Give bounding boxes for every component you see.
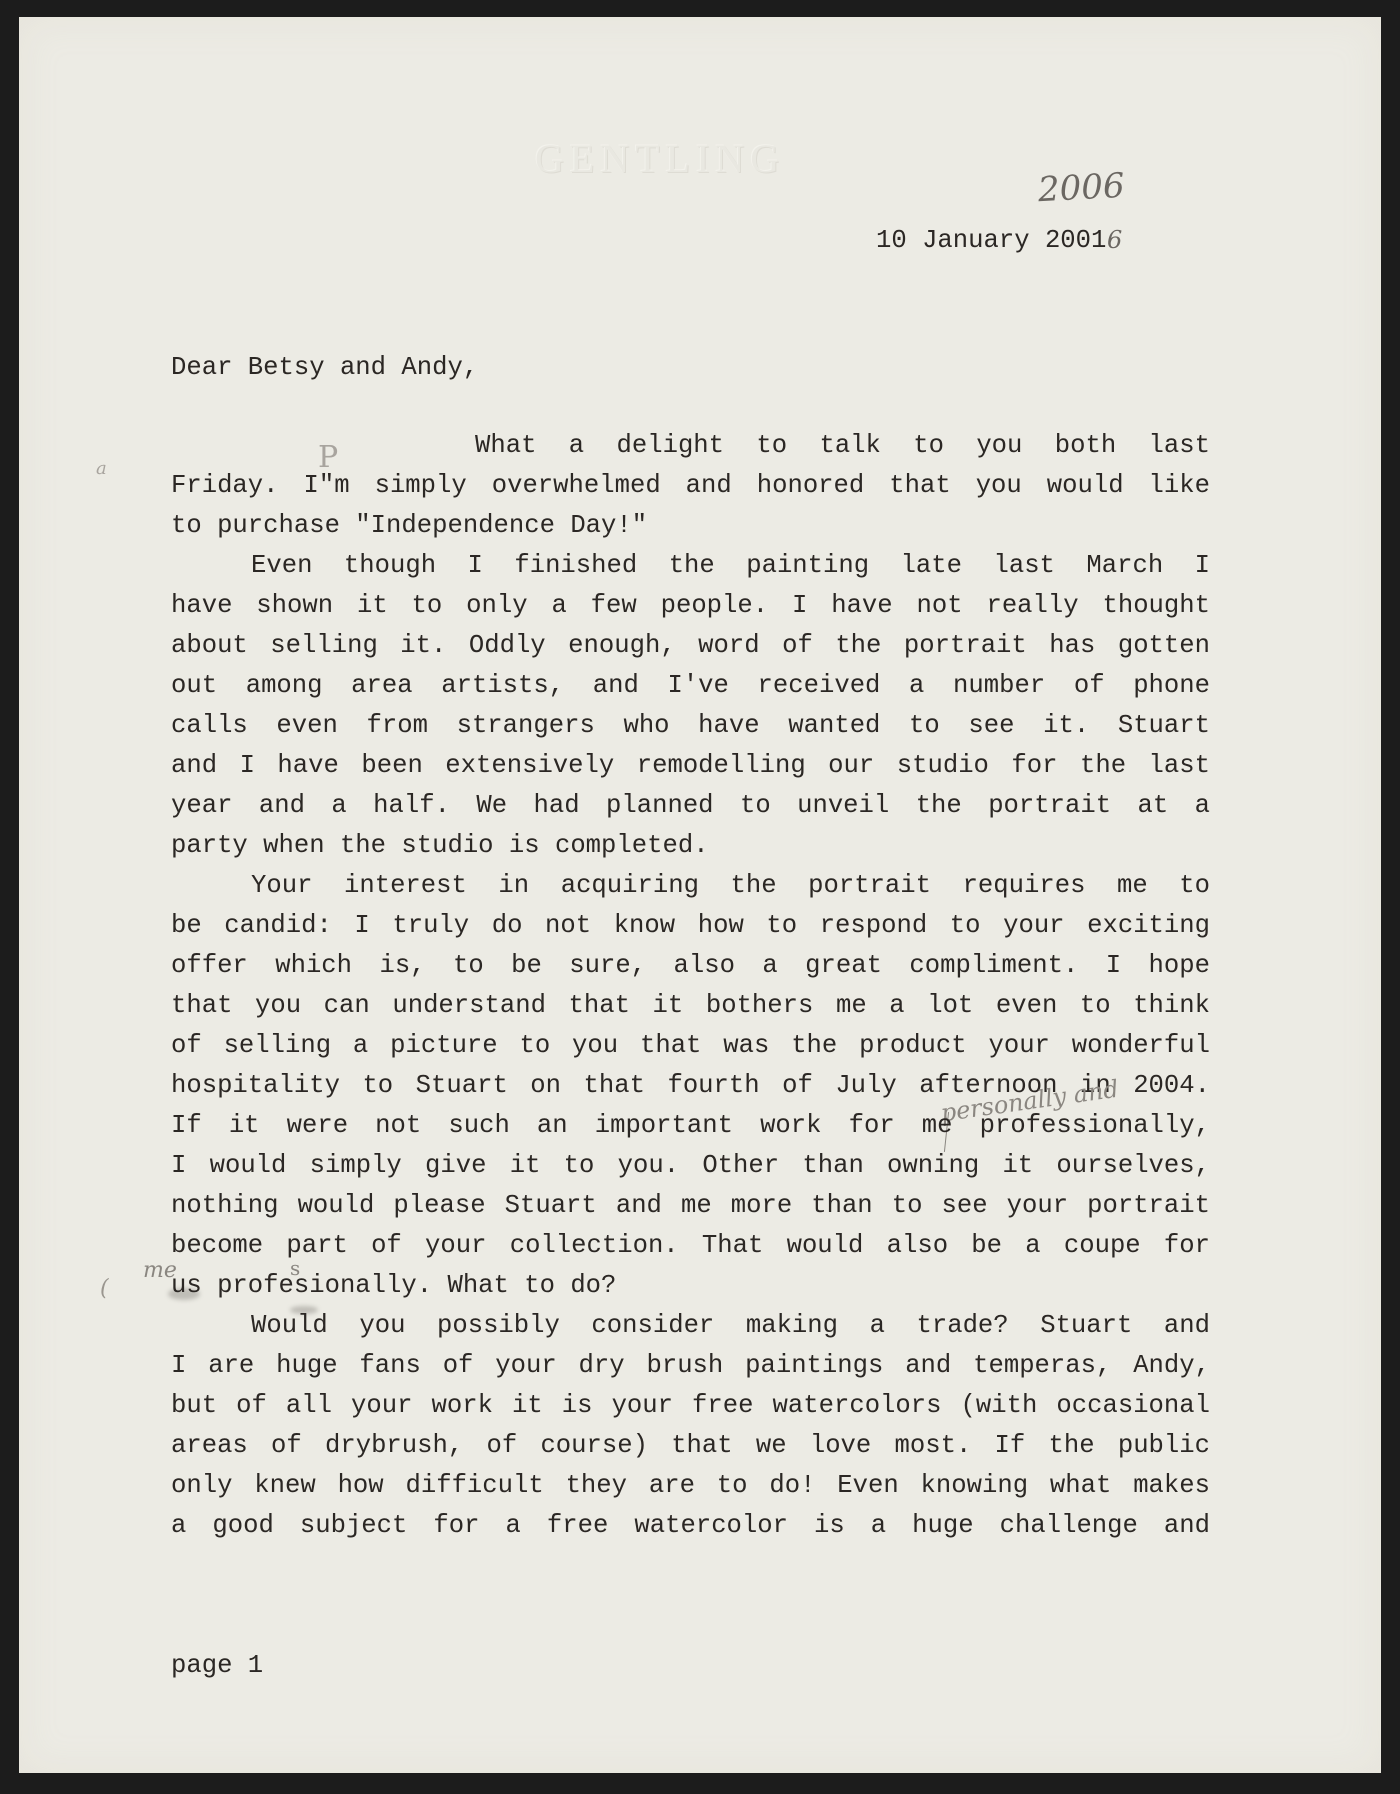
body-line: about selling it. Oddly enough, word of … [171, 631, 1210, 661]
body-line: a good subject for a free watercolor is … [171, 1511, 1210, 1541]
salutation: Dear Betsy and Andy, [171, 353, 1210, 383]
body-line: I are huge fans of your dry brush painti… [171, 1351, 1210, 1381]
body-line: If it were not such an important work fo… [171, 1111, 1210, 1141]
body-line: us profesionally. What to do? [171, 1271, 1210, 1301]
margin-mark-paren: ( [100, 1276, 109, 1301]
body-line: out among area artists, and I've receive… [171, 671, 1210, 701]
handwritten-year-correction: 2006 [1037, 166, 1126, 210]
body-line: be candid: I truly do not know how to re… [171, 911, 1210, 941]
body-line: have shown it to only a few people. I ha… [171, 591, 1210, 621]
body-line: but of all your work it is your free wat… [171, 1391, 1210, 1421]
body-line: become part of your collection. That wou… [171, 1231, 1210, 1261]
body-line: year and a half. We had planned to unvei… [171, 791, 1210, 821]
body-line: Your interest in acquiring the portrait … [251, 871, 1210, 901]
page-number: page 1 [171, 1651, 263, 1681]
body-line: areas of drybrush, of course) that we lo… [171, 1431, 1210, 1461]
body-line: party when the studio is completed. [171, 831, 1210, 861]
letter-date: 10 January 2001 [876, 226, 1106, 256]
body-line: to purchase "Independence Day!" [171, 511, 1210, 541]
body-line: Friday. I"m simply overwhelmed and honor… [171, 471, 1210, 501]
date-strike-mark: 6 [1107, 226, 1122, 254]
body-line: nothing would please Stuart and me more … [171, 1191, 1210, 1221]
body-line: calls even from strangers who have wante… [171, 711, 1210, 741]
body-line: I would simply give it to you. Other tha… [171, 1151, 1210, 1181]
body-line: What a delight to talk to you both last [475, 431, 1210, 461]
body-line: of selling a picture to you that was the… [171, 1031, 1210, 1061]
margin-mark-p: P [318, 440, 338, 475]
body-line: that you can understand that it bothers … [171, 991, 1210, 1021]
letterhead-emboss-signature [505, 190, 518, 249]
body-line: offer which is, to be sure, also a great… [171, 951, 1210, 981]
body-line: only knew how difficult they are to do! … [171, 1471, 1210, 1501]
body-line: and I have been extensively remodelling … [171, 751, 1210, 781]
letterhead-emboss: GENTLING [535, 135, 870, 182]
body-line: Even though I finished the painting late… [251, 551, 1210, 581]
body-line: Would you possibly consider making a tra… [251, 1311, 1210, 1341]
margin-mark-a: a [96, 458, 107, 479]
